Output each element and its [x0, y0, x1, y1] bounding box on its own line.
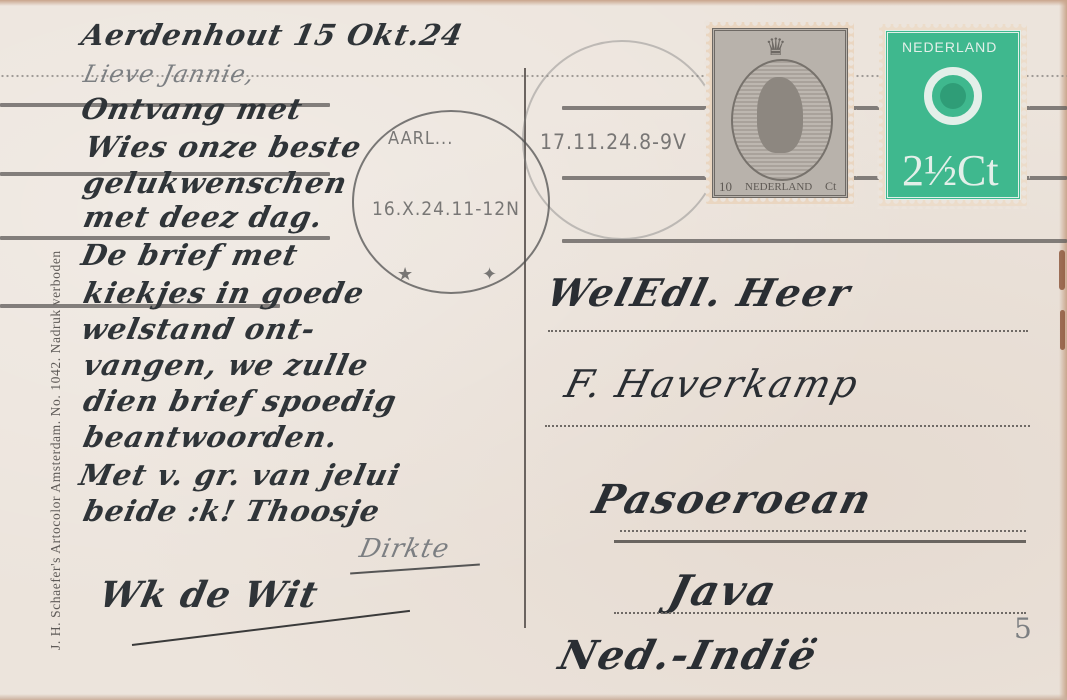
address-dotted-rule: [620, 530, 1026, 532]
machine-postmark-date: 17.11.24.8-9V: [540, 130, 687, 154]
address-rule: [614, 540, 1026, 543]
message-line: Ontvang met: [78, 92, 306, 126]
address-line-city: Pasoeroean: [588, 476, 877, 523]
address-line-name: F. Haverkamp: [561, 362, 865, 406]
stamp-unit: Ct: [957, 146, 999, 195]
round-postmark-date: 16.X.24.11-12N: [372, 198, 520, 220]
signature-underline: [350, 563, 480, 574]
address-line-country: Ned.-Indië: [554, 632, 823, 679]
address-line-title: WelEdl. Heer: [542, 270, 856, 315]
message-salutation: Lieve Jannie,: [81, 60, 258, 88]
stamp-denomination: 2½Ct: [902, 145, 999, 196]
message-line: vangen, we zulle: [80, 348, 372, 382]
message-line: Met v. gr. van jelui: [76, 458, 403, 492]
aged-edge-right: [1059, 0, 1067, 700]
message-line: kiekjes in goede: [80, 276, 367, 310]
queen-portrait: [757, 77, 803, 153]
message-line: dien brief spoedig: [80, 384, 400, 418]
message-line: gelukwenschen: [80, 166, 350, 200]
message-line: met deez dag.: [80, 200, 326, 234]
crown-icon: ♛: [765, 33, 787, 62]
stain-mark: [1060, 310, 1065, 350]
message-line: beantwoorden.: [80, 420, 341, 454]
star-icon: ✦: [482, 264, 497, 285]
stamp-10-cent: ♛ 10 NEDERLAND Ct: [706, 22, 854, 204]
stamp-value: 2½: [902, 146, 957, 195]
aged-edge-bottom: [0, 694, 1067, 700]
stamp-2-5-cent: NEDERLAND 2½Ct: [879, 24, 1027, 206]
round-postmark-town: AARL...: [388, 128, 453, 149]
message-line: De brief met: [78, 238, 301, 272]
star-icon: ★: [397, 264, 413, 285]
message-closing: beide :k! Thoosje: [80, 494, 383, 528]
stamp-unit: Ct: [825, 179, 836, 194]
address-dotted-rule: [545, 425, 1030, 427]
address-dotted-rule: [548, 330, 1028, 332]
address-dotted-rule: [614, 612, 1026, 614]
publisher-imprint: J. H. Schaefer's Artocolor Amsterdam. No…: [48, 250, 64, 650]
stamp-country: NEDERLAND: [902, 39, 997, 55]
lion-emblem-icon: [940, 83, 966, 109]
message-line: Wies onze beste: [82, 130, 365, 164]
cancel-bar: [562, 239, 1067, 243]
postcard-back: J. H. Schaefer's Artocolor Amsterdam. No…: [0, 0, 1067, 700]
message-line: welstand ont-: [78, 312, 318, 346]
signature-secondary: Dirkte: [357, 534, 453, 564]
stamp-value: 10: [719, 179, 732, 195]
margin-note: 5: [1014, 612, 1033, 645]
stain-mark: [1059, 250, 1065, 290]
stamp-country: NEDERLAND: [745, 181, 812, 193]
signature-main: Wk de Wit: [96, 574, 323, 616]
message-dateline: Aerdenhout 15 Okt.24: [78, 18, 466, 52]
address-line-region: Java: [664, 566, 783, 615]
aged-edge-top: [0, 0, 1067, 6]
